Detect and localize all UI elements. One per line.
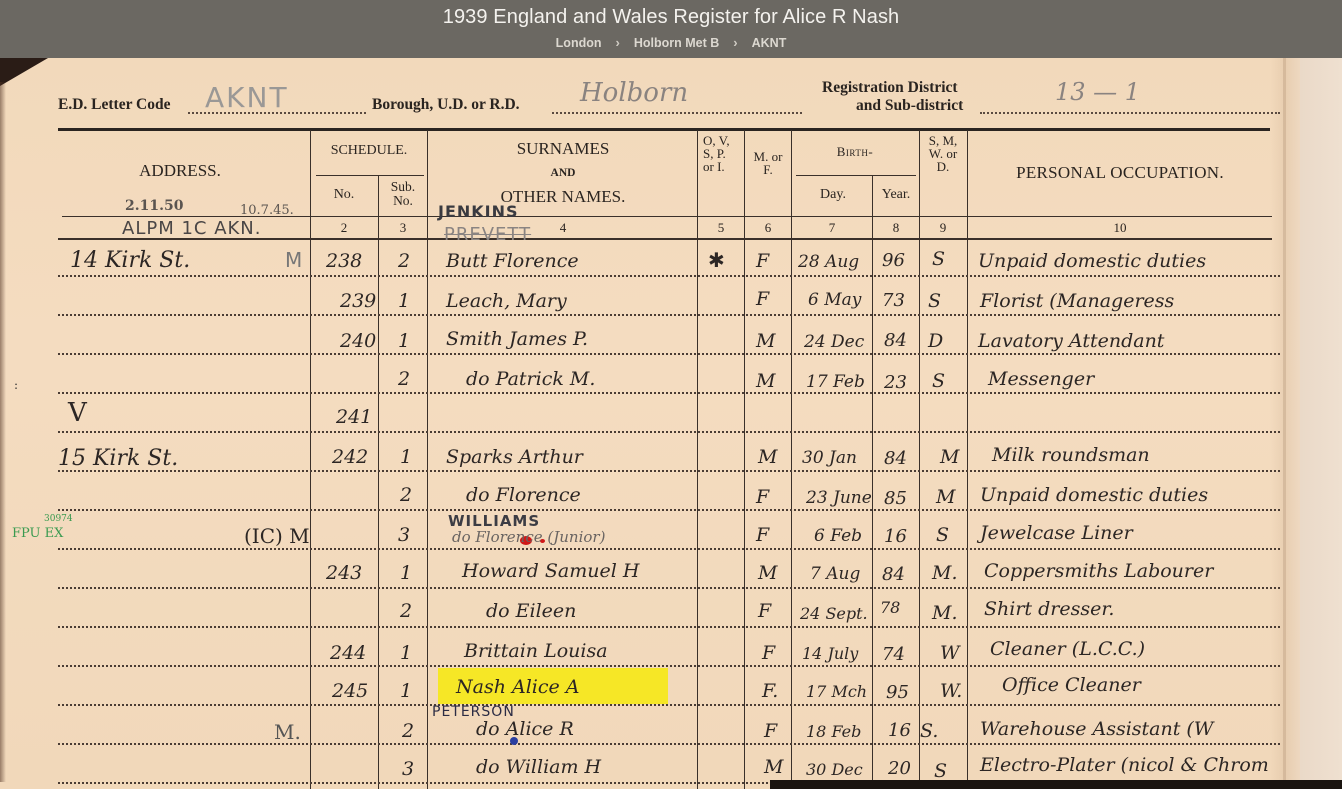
row-2-occupation: Lavatory Attendant bbox=[978, 330, 1164, 352]
row-7-day: 6 Feb bbox=[814, 526, 862, 546]
column-header-occupation: PERSONAL OCCUPATION. bbox=[970, 164, 1270, 182]
row-6-marital: M bbox=[936, 486, 955, 508]
row-8-sex: M bbox=[758, 562, 777, 584]
row-line bbox=[58, 470, 1280, 472]
registration-value: 13 — 1 bbox=[1055, 78, 1140, 106]
row-4-schedule: 241 bbox=[336, 406, 372, 428]
row-10-sub: 1 bbox=[400, 642, 412, 664]
row-line bbox=[58, 314, 1280, 316]
row-8-name: Howard Samuel H bbox=[462, 560, 639, 582]
row-13-day: 30 Dec bbox=[806, 760, 863, 779]
dotted-line bbox=[980, 112, 1280, 114]
column-header-birth: Birth- bbox=[795, 145, 915, 159]
row-5-marital: M bbox=[940, 446, 959, 468]
row-0-name: Butt Florence bbox=[446, 250, 579, 272]
row-1-day: 6 May bbox=[808, 290, 861, 310]
row-10-marital: W bbox=[940, 642, 960, 664]
row-line bbox=[58, 626, 1280, 628]
borough-value: Holborn bbox=[580, 78, 688, 108]
row-6-day: 23 June bbox=[806, 488, 872, 508]
row-1-year: 73 bbox=[882, 290, 905, 311]
row-0-address: 14 Kirk St. bbox=[70, 248, 190, 273]
row-6-occupation: Unpaid domestic duties bbox=[980, 484, 1208, 506]
row-0-day: 28 Aug bbox=[798, 252, 859, 272]
column-divider bbox=[967, 130, 968, 789]
row-line bbox=[58, 509, 1280, 511]
row-line bbox=[58, 587, 1280, 589]
column-header-and: AND bbox=[430, 167, 696, 179]
page-bottom-edge bbox=[770, 780, 1342, 789]
row-0-sub: 2 bbox=[398, 250, 410, 272]
row-2-schedule: 240 bbox=[340, 330, 376, 352]
stamp-jenkins: JENKINS bbox=[438, 202, 519, 221]
column-number: 3 bbox=[380, 220, 426, 236]
row-13-sex: M bbox=[764, 756, 783, 778]
row-5-name: Sparks Arthur bbox=[446, 446, 583, 468]
column-header-sub-no: Sub. No. bbox=[380, 180, 426, 208]
row-5-sub: 1 bbox=[400, 446, 412, 468]
annotation-date-2: 10.7.45. bbox=[240, 203, 294, 218]
sub-district-label: and Sub-district bbox=[856, 97, 963, 115]
row-13-occupation: Electro-Plater (nicol & Chrom bbox=[980, 754, 1269, 776]
row-6-sub: 2 bbox=[400, 484, 412, 506]
row-line bbox=[58, 392, 1280, 394]
row-3-sub: 2 bbox=[398, 368, 410, 390]
row-9-year: 78 bbox=[880, 598, 900, 617]
row-9-sex: F bbox=[758, 600, 771, 622]
row-0-schedule: 238 bbox=[326, 250, 362, 272]
page-edge bbox=[0, 82, 6, 782]
row-7-year: 16 bbox=[884, 526, 907, 547]
row-11-name-highlighted[interactable]: Nash Alice A bbox=[456, 676, 580, 698]
row-line bbox=[58, 431, 1280, 433]
row-12-day: 18 Feb bbox=[806, 722, 861, 741]
green-annotation-2: FPU EX bbox=[12, 526, 63, 541]
document-image-viewer[interactable]: E.D. Letter Code AKNT Borough, U.D. or R… bbox=[0, 58, 1342, 789]
row-line bbox=[58, 704, 1280, 706]
row-12-addr-mark: M. bbox=[274, 720, 301, 744]
row-0-occupation: Unpaid domestic duties bbox=[978, 250, 1206, 272]
column-number: 4 bbox=[530, 220, 596, 236]
page-title: 1939 England and Wales Register for Alic… bbox=[0, 0, 1342, 27]
row-12-sex: F bbox=[764, 720, 777, 742]
page-fold bbox=[1283, 58, 1286, 789]
row-line bbox=[58, 353, 1280, 355]
row-2-sub: 1 bbox=[398, 330, 410, 352]
annotation-date-1: 2.11.50 bbox=[125, 198, 183, 214]
row-11-sub: 1 bbox=[400, 680, 412, 702]
row-10-schedule: 244 bbox=[330, 642, 366, 664]
row-1-schedule: 239 bbox=[340, 290, 376, 312]
column-divider bbox=[697, 130, 698, 789]
row-5-day: 30 Jan bbox=[802, 448, 857, 468]
row-6-name: do Florence bbox=[466, 484, 581, 506]
row-12-year: 16 bbox=[888, 720, 911, 741]
row-6-sex: F bbox=[756, 486, 769, 508]
ink-speck: : bbox=[14, 378, 18, 392]
column-divider bbox=[427, 130, 428, 789]
row-13-marital: S bbox=[934, 760, 947, 782]
column-divider bbox=[791, 130, 792, 789]
crossed-prevett: PREVETT bbox=[444, 224, 531, 245]
adjacent-page bbox=[1300, 58, 1342, 789]
row-4-address: V bbox=[68, 398, 87, 428]
column-divider bbox=[872, 176, 873, 789]
row-5-address: 15 Kirk St. bbox=[58, 446, 178, 471]
register-page: E.D. Letter Code AKNT Borough, U.D. or R… bbox=[0, 58, 1342, 789]
row-7-sex: F bbox=[756, 524, 769, 546]
breadcrumb-holborn[interactable]: Holborn Met B bbox=[634, 36, 719, 50]
dotted-line bbox=[552, 112, 802, 114]
row-7-sub: 3 bbox=[398, 524, 410, 546]
row-11-day: 17 Mch bbox=[806, 682, 867, 701]
chevron-right-icon: › bbox=[616, 35, 620, 50]
page-corner bbox=[0, 58, 48, 86]
breadcrumb-london[interactable]: London bbox=[556, 36, 602, 50]
column-number: 7 bbox=[793, 220, 871, 236]
breadcrumb-aknt[interactable]: AKNT bbox=[752, 36, 787, 50]
column-header-surnames: SURNAMES bbox=[430, 140, 696, 158]
row-2-marital: D bbox=[928, 330, 943, 352]
column-divider bbox=[378, 176, 379, 789]
row-1-name: Leach, Mary bbox=[446, 290, 567, 312]
row-13-year: 20 bbox=[888, 758, 911, 779]
row-5-occupation: Milk roundsman bbox=[992, 444, 1150, 466]
column-header-schedule: SCHEDULE. bbox=[312, 144, 426, 159]
row-8-year: 84 bbox=[882, 564, 905, 585]
row-9-occupation: Shirt dresser. bbox=[984, 598, 1114, 620]
row-8-marital: M. bbox=[932, 562, 958, 584]
schedule-subheader-line bbox=[316, 175, 424, 176]
column-header-ovspi: O, V, S, P. or I. bbox=[703, 134, 739, 173]
row-11-schedule: 245 bbox=[332, 680, 368, 702]
row-0-sex: F bbox=[756, 250, 769, 272]
row-line bbox=[58, 275, 1280, 277]
registration-district-label: Registration District bbox=[822, 79, 958, 97]
row-1-sex: F bbox=[756, 288, 769, 310]
row-3-day: 17 Feb bbox=[806, 372, 865, 392]
column-header-birth-year: Year. bbox=[874, 188, 918, 203]
row-8-day: 7 Aug bbox=[810, 564, 860, 584]
table-top-border bbox=[58, 128, 1270, 131]
column-header-marital: S, M, W. or D. bbox=[928, 134, 958, 173]
row-3-name: do Patrick M. bbox=[466, 368, 595, 390]
row-2-year: 84 bbox=[884, 330, 907, 351]
row-12-occupation: Warehouse Assistant (W bbox=[980, 718, 1213, 740]
row-3-sex: M bbox=[756, 370, 775, 392]
row-7-addr-mark: (IC) M bbox=[244, 524, 310, 548]
column-divider bbox=[744, 130, 745, 789]
row-8-schedule: 243 bbox=[326, 562, 362, 584]
row-8-occupation: Coppersmiths Labourer bbox=[984, 560, 1213, 582]
row-1-occupation: Florist (Manageress bbox=[980, 290, 1174, 312]
row-5-year: 84 bbox=[884, 448, 907, 469]
row-0-marital: S bbox=[932, 248, 945, 270]
row-13-name: do William H bbox=[476, 756, 601, 778]
column-header-schedule-no: No. bbox=[312, 188, 376, 203]
ed-letter-code-value: AKNT bbox=[205, 81, 289, 114]
column-header-birth-day: Day. bbox=[795, 188, 871, 203]
green-annotation-1: 30974 bbox=[44, 514, 73, 524]
row-9-sub: 2 bbox=[400, 600, 412, 622]
row-10-year: 74 bbox=[882, 644, 905, 665]
annotation-code: ALPM 1C AKN. bbox=[122, 218, 262, 239]
borough-label: Borough, U.D. or R.D. bbox=[372, 96, 520, 114]
row-0-addr-mark: M bbox=[285, 248, 302, 272]
column-number: 2 bbox=[312, 220, 376, 236]
row-10-sex: F bbox=[762, 642, 775, 664]
column-number: 6 bbox=[746, 220, 790, 236]
row-13-sub: 3 bbox=[402, 758, 414, 780]
row-7-marital: S bbox=[936, 524, 949, 546]
chevron-right-icon: › bbox=[733, 35, 737, 50]
row-0-year: 96 bbox=[882, 250, 905, 271]
row-8-sub: 1 bbox=[400, 562, 412, 584]
row-10-occupation: Cleaner (L.C.C.) bbox=[990, 638, 1145, 660]
row-12-sub: 2 bbox=[402, 720, 414, 742]
row-line bbox=[58, 548, 1280, 550]
row-line bbox=[58, 665, 1280, 667]
row-10-name: Brittain Louisa bbox=[464, 640, 608, 662]
birth-subheader-line bbox=[796, 175, 916, 176]
row-0-ovspi: ✱ bbox=[708, 248, 725, 272]
column-number: 8 bbox=[874, 220, 918, 236]
row-5-sex: M bbox=[758, 446, 777, 468]
row-9-marital: M. bbox=[932, 602, 958, 624]
row-11-occupation: Office Cleaner bbox=[1002, 674, 1141, 696]
row-3-occupation: Messenger bbox=[988, 368, 1094, 390]
column-divider bbox=[310, 130, 311, 789]
row-6-year: 85 bbox=[884, 488, 907, 509]
row-1-marital: S bbox=[928, 290, 941, 312]
row-10-day: 14 July bbox=[802, 644, 858, 663]
row-9-day: 24 Sept. bbox=[800, 604, 868, 623]
row-11-year: 95 bbox=[886, 682, 909, 703]
row-11-marital: W. bbox=[940, 680, 962, 702]
breadcrumb: London › Holborn Met B › AKNT bbox=[0, 35, 1342, 50]
ed-letter-code-label: E.D. Letter Code bbox=[58, 96, 171, 114]
row-3-marital: S bbox=[932, 370, 945, 392]
column-divider bbox=[919, 130, 920, 789]
row-2-sex: M bbox=[756, 330, 775, 352]
row-3-year: 23 bbox=[884, 372, 907, 393]
column-number: 5 bbox=[699, 220, 743, 236]
row-12-marital: S. bbox=[920, 720, 938, 742]
row-7-name: do Florence (Junior) bbox=[452, 528, 605, 546]
column-number: 10 bbox=[970, 220, 1270, 236]
row-12-name: do Alice R bbox=[476, 718, 574, 740]
column-number: 9 bbox=[921, 220, 965, 236]
row-9-name: do Eileen bbox=[486, 600, 576, 622]
column-header-sex: M. or F. bbox=[748, 150, 788, 176]
row-11-sex: F. bbox=[762, 680, 778, 702]
row-7-occupation: Jewelcase Liner bbox=[980, 522, 1133, 544]
row-2-name: Smith James P. bbox=[446, 328, 588, 350]
row-1-sub: 1 bbox=[398, 290, 410, 312]
row-5-schedule: 242 bbox=[332, 446, 368, 468]
record-header: 1939 England and Wales Register for Alic… bbox=[0, 0, 1342, 58]
row-2-day: 24 Dec bbox=[804, 332, 864, 352]
row-line bbox=[58, 743, 1280, 745]
column-header-address: ADDRESS. bbox=[60, 162, 300, 180]
